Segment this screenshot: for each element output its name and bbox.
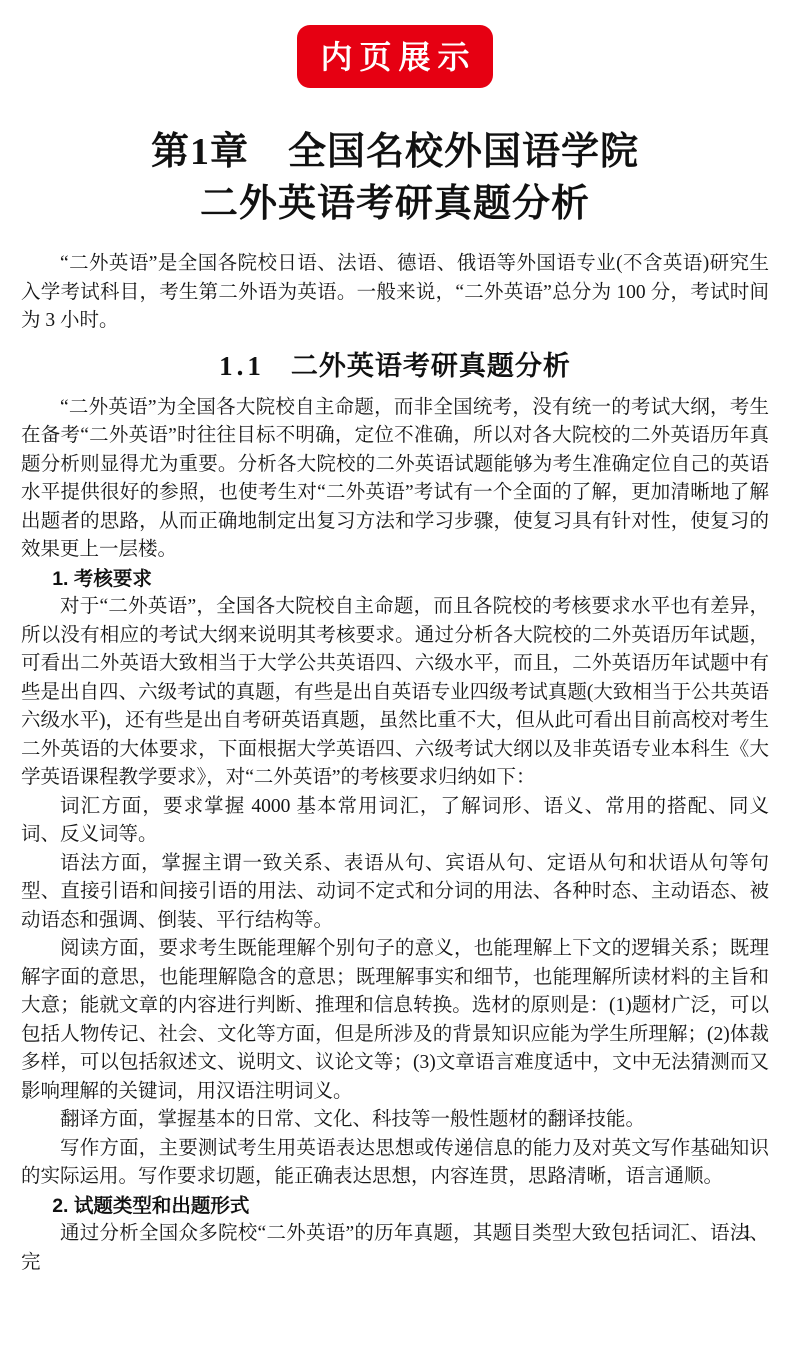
inner-page-badge: 内页展示 xyxy=(297,25,493,88)
inner-page-badge-label: 内页展示 xyxy=(313,41,476,73)
subsection-1-heading: 1. 考核要求 xyxy=(21,565,769,594)
paragraph-translation: 翻译方面，掌握基本的日常、文化、科技等一般性题材的翻译技能。 xyxy=(21,1106,769,1135)
body-text: “二外英语”是全国各院校日语、法语、德语、俄语等外国语专业(不含英语)研究生入学… xyxy=(21,250,769,1277)
page-number: 1 xyxy=(742,1219,752,1245)
paragraph-assessment-overview: 对于“二外英语”，全国各大院校自主命题，而且各院校的考核要求水平也有差异，所以没… xyxy=(21,593,769,793)
page-content: 第1章 全国名校外国语学院 二外英语考研真题分析 “二外英语”是全国各院校日语、… xyxy=(21,126,769,1277)
section-lead-paragraph: “二外英语”为全国各大院校自主命题，而非全国统考，没有统一的考试大纲，考生在备考… xyxy=(21,394,769,565)
subsection-2-heading: 2. 试题类型和出题形式 xyxy=(21,1192,769,1221)
intro-paragraph: “二外英语”是全国各院校日语、法语、德语、俄语等外国语专业(不含英语)研究生入学… xyxy=(21,250,769,336)
chapter-title-line1: 第1章 全国名校外国语学院 xyxy=(21,126,769,178)
paragraph-vocabulary: 词汇方面，要求掌握 4000 基本常用词汇，了解词形、语义、常用的搭配、同义词、… xyxy=(21,793,769,850)
paragraph-writing: 写作方面，主要测试考生用英语表达思想或传递信息的能力及对英文写作基础知识的实际运… xyxy=(21,1135,769,1192)
paragraph-reading: 阅读方面，要求考生既能理解个别句子的意义，也能理解上下文的逻辑关系；既理解字面的… xyxy=(21,935,769,1106)
paragraph-grammar: 语法方面，掌握主谓一致关系、表语从句、宾语从句、定语从句和状语从句等句型、直接引… xyxy=(21,850,769,936)
chapter-title-line2: 二外英语考研真题分析 xyxy=(21,178,769,230)
section-1-1-heading: 1.1二外英语考研真题分析 xyxy=(21,347,769,385)
section-title: 二外英语考研真题分析 xyxy=(291,351,571,381)
book-page: 内页展示 第1章 全国名校外国语学院 二外英语考研真题分析 “二外英语”是全国各… xyxy=(0,0,790,1358)
section-number: 1.1 xyxy=(219,351,265,381)
chapter-title: 第1章 全国名校外国语学院 二外英语考研真题分析 xyxy=(21,126,769,230)
paragraph-question-types: 通过分析全国众多院校“二外英语”的历年真题，其题目类型大致包括词汇、语法、完 xyxy=(21,1220,769,1277)
